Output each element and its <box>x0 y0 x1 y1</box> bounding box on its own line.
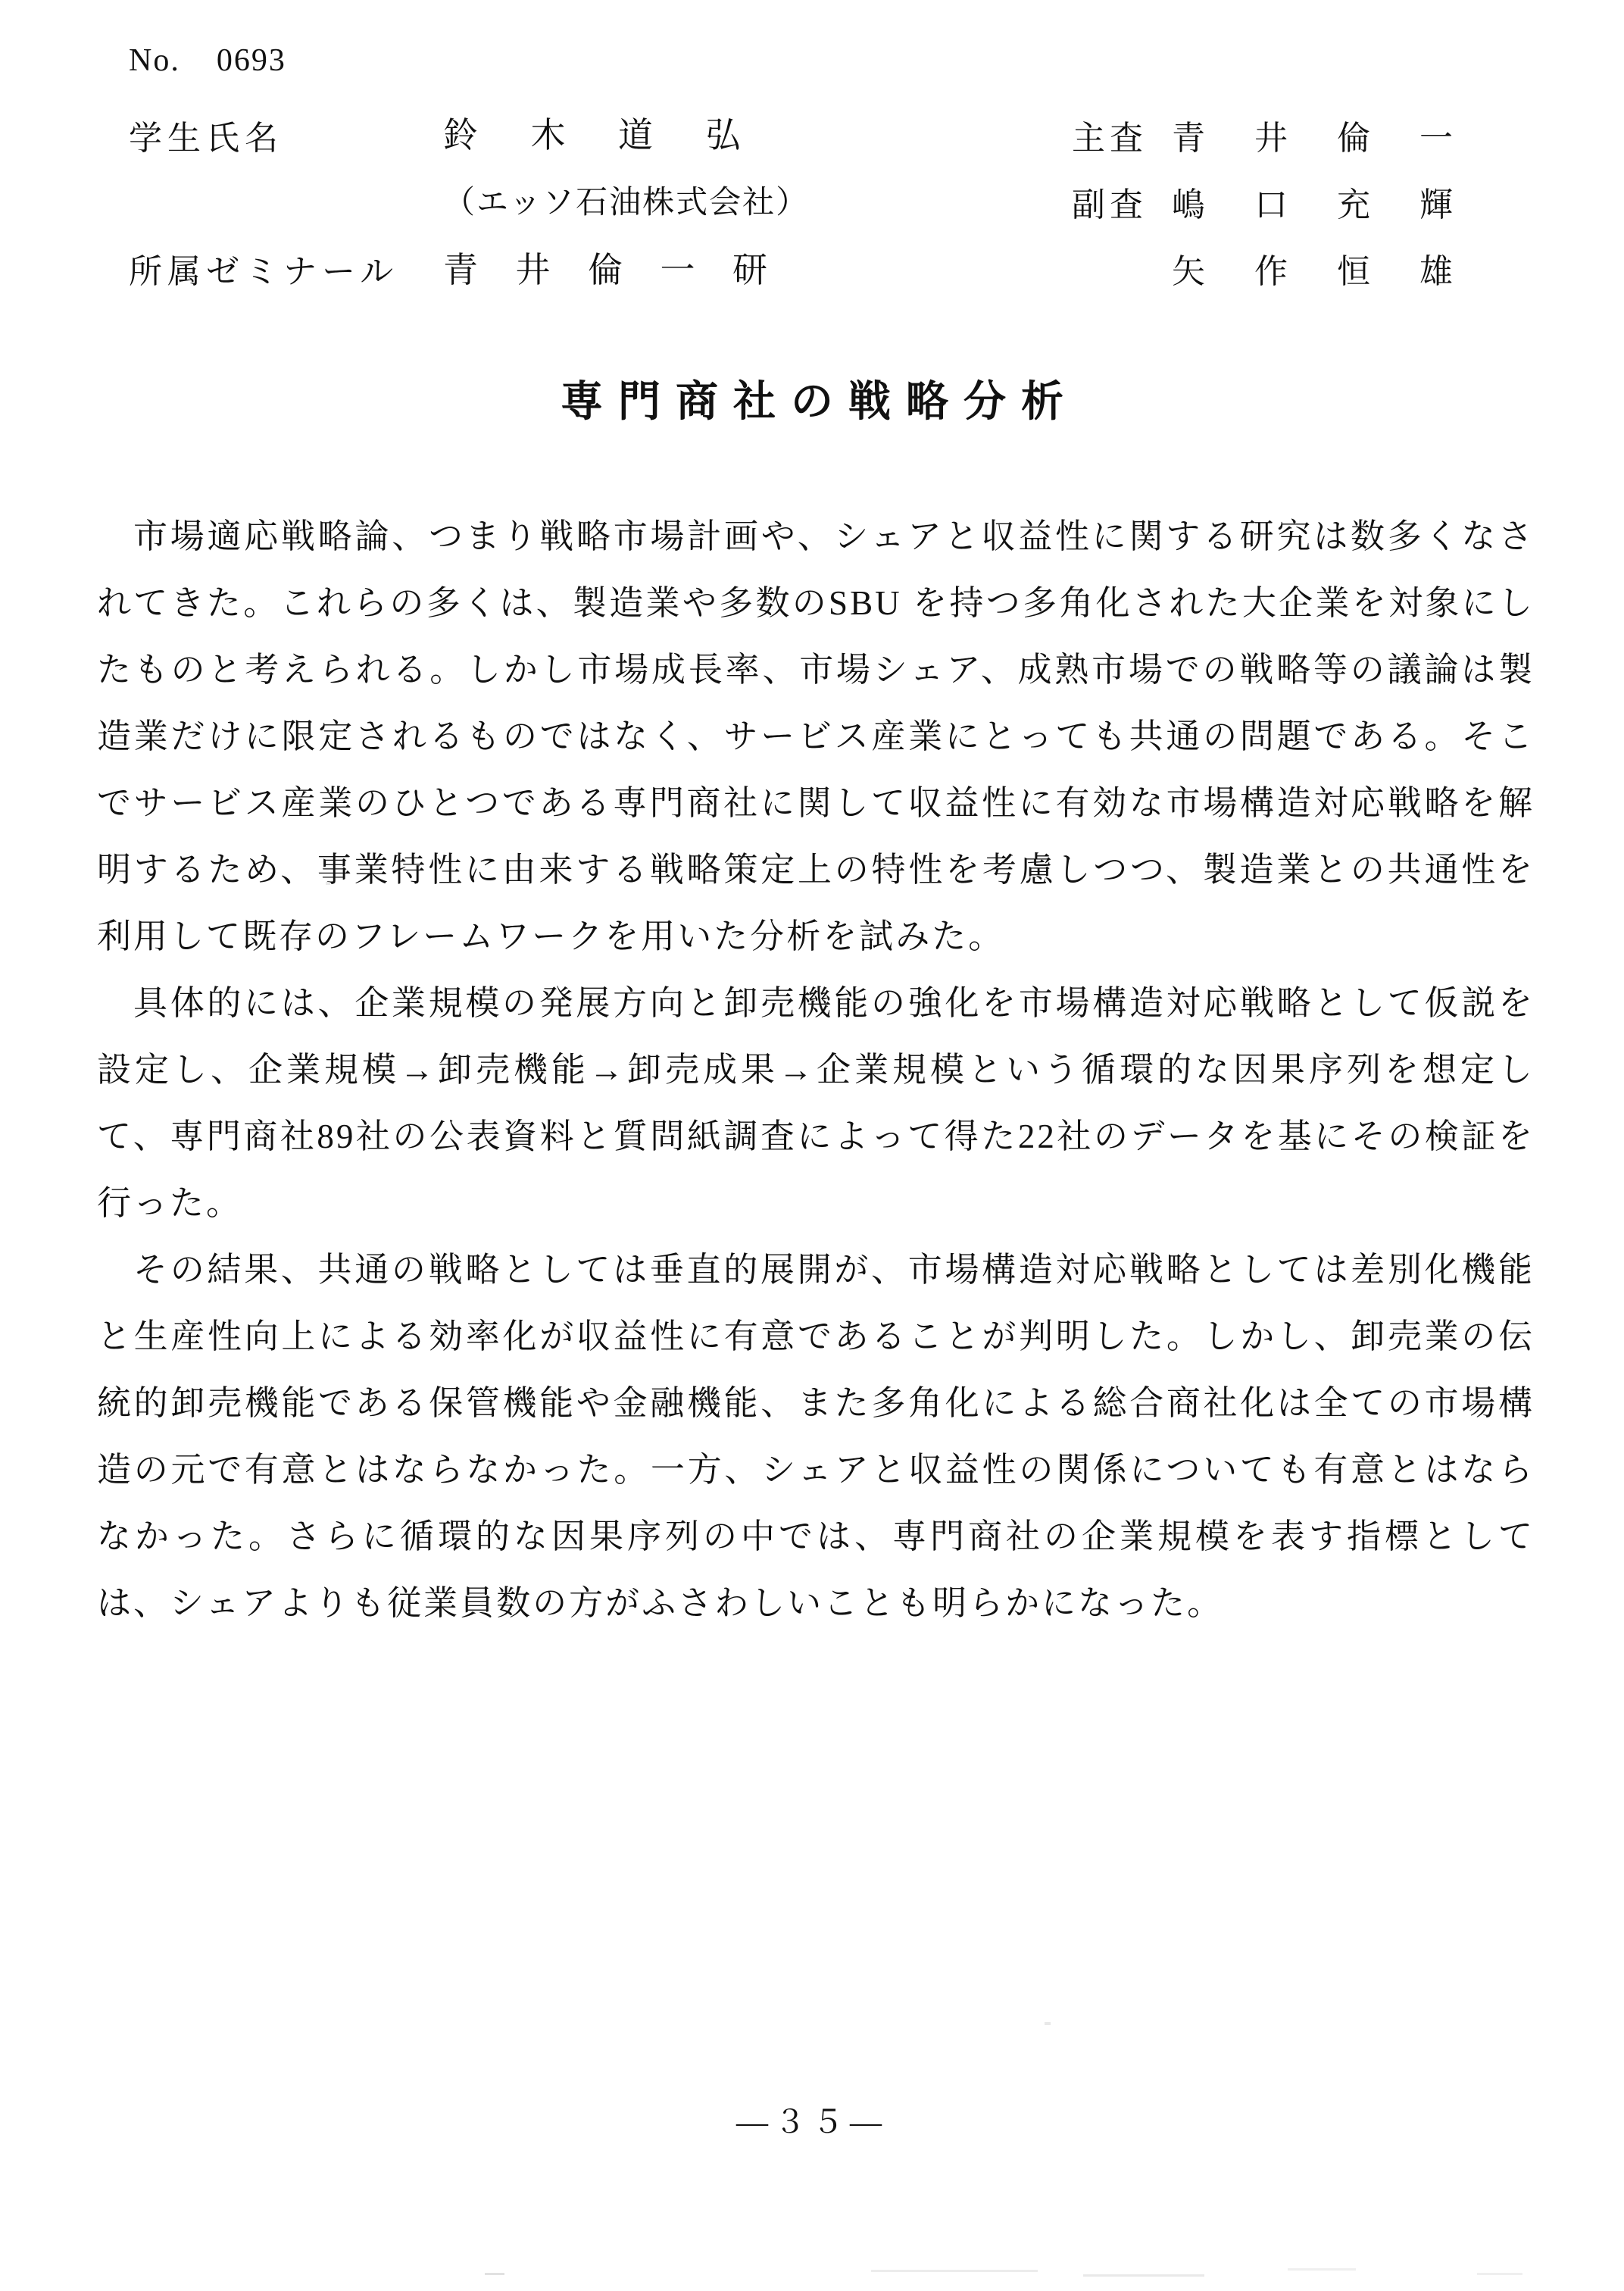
document-number-line: No.0693 <box>129 42 286 79</box>
student-name-label: 学生氏名 <box>129 111 283 159</box>
examiner-role-chief: 主査 <box>1072 111 1172 159</box>
scan-artifact <box>871 2270 1038 2272</box>
examiner-name-deputy-2: 矢 作 恒 雄 <box>1172 244 1464 292</box>
scan-artifact <box>1288 2268 1356 2271</box>
abstract-paragraph-2: 具体的には、企業規模の発展方向と卸売機能の強化を市場構造対応戦略として仮説を設定… <box>97 970 1535 1236</box>
page-title: 専門商社の戦略分析 <box>0 368 1624 429</box>
student-name: 鈴 木 道 弘 <box>443 108 753 158</box>
scan-artifact <box>1083 2274 1204 2277</box>
examiner-row-deputy-2: 矢 作 恒 雄 <box>1072 244 1464 292</box>
document-number-value: 0693 <box>217 43 286 78</box>
scanned-thesis-abstract-page: No.0693 学生氏名 鈴 木 道 弘 （エッソ石油株式会社） 所属ゼミナール… <box>0 0 1624 2291</box>
student-affiliation: （エッソ石油株式会社） <box>443 177 809 223</box>
scan-artifact <box>326 882 330 885</box>
examiner-name-deputy-1: 嶋 口 充 輝 <box>1172 177 1464 226</box>
examiner-role-deputy-1: 副査 <box>1072 177 1172 226</box>
page-number: ―３５― <box>0 2097 1624 2143</box>
examiner-name-chief: 青 井 倫 一 <box>1172 111 1464 159</box>
document-number-label: No. <box>129 43 180 78</box>
abstract-text: 市場適応戦略論、つまり戦略市場計画や、シェアと収益性に関する研究は数多くなされて… <box>97 503 1535 1636</box>
abstract-paragraph-1: 市場適応戦略論、つまり戦略市場計画や、シェアと収益性に関する研究は数多くなされて… <box>97 503 1535 970</box>
seminar-name: 青 井 倫 一 研 <box>443 242 775 292</box>
examiner-row-chief: 主査青 井 倫 一 <box>1072 111 1464 159</box>
examiner-row-deputy-1: 副査嶋 口 充 輝 <box>1072 177 1464 226</box>
scan-artifact <box>1477 2273 1522 2275</box>
abstract-paragraph-3: その結果、共通の戦略としては垂直的展開が、市場構造対応戦略としては差別化機能と生… <box>97 1236 1535 1636</box>
seminar-label: 所属ゼミナール <box>129 244 398 292</box>
scan-artifact <box>1045 2022 1051 2025</box>
scan-artifact <box>485 2273 504 2275</box>
